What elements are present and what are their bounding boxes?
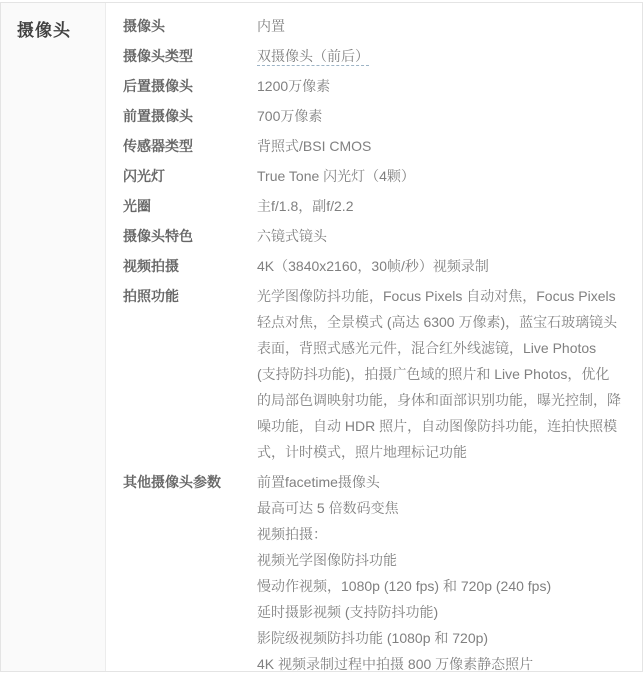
spec-row-photo-features: 拍照功能 光学图像防抖功能，Focus Pixels 自动对焦，Focus Pi… — [123, 283, 642, 465]
spec-value: 4K（3840x2160，30帧/秒）视频录制 — [257, 253, 642, 279]
spec-value: 背照式/BSI CMOS — [257, 133, 642, 159]
spec-value: 光学图像防抖功能，Focus Pixels 自动对焦，Focus Pixels … — [257, 283, 642, 465]
section-column: 摄像头 — [1, 3, 106, 671]
spec-value: 主f/1.8，副f/2.2 — [257, 193, 642, 219]
spec-value: 700万像素 — [257, 103, 642, 129]
spec-row-camera-type: 摄像头类型 双摄像头（前后） — [123, 43, 642, 69]
spec-row-rear-camera: 后置摄像头 1200万像素 — [123, 73, 642, 99]
spec-row-other-camera-params: 其他摄像头参数 前置facetime摄像头 最高可达 5 倍数码变焦 视频拍摄：… — [123, 469, 642, 671]
camera-spec-panel: 摄像头 摄像头 内置 摄像头类型 双摄像头（前后） 后置摄像头 1200万像素 … — [0, 2, 643, 672]
spec-label: 摄像头特色 — [123, 223, 257, 249]
camera-type-tooltip-term[interactable]: 双摄像头（前后） — [257, 48, 369, 66]
section-title: 摄像头 — [1, 3, 105, 41]
spec-value: 内置 — [257, 13, 642, 39]
spec-label: 前置摄像头 — [123, 103, 257, 129]
spec-table: 摄像头 内置 摄像头类型 双摄像头（前后） 后置摄像头 1200万像素 前置摄像… — [107, 3, 642, 671]
spec-label: 光圈 — [123, 193, 257, 219]
spec-label: 摄像头类型 — [123, 43, 257, 69]
spec-value: 前置facetime摄像头 最高可达 5 倍数码变焦 视频拍摄： 视频光学图像防… — [257, 469, 642, 671]
spec-value: 1200万像素 — [257, 73, 642, 99]
spec-label: 后置摄像头 — [123, 73, 257, 99]
spec-label: 摄像头 — [123, 13, 257, 39]
spec-row-flash: 闪光灯 True Tone 闪光灯（4颗） — [123, 163, 642, 189]
spec-label: 闪光灯 — [123, 163, 257, 189]
spec-row-camera: 摄像头 内置 — [123, 13, 642, 39]
spec-row-video-recording: 视频拍摄 4K（3840x2160，30帧/秒）视频录制 — [123, 253, 642, 279]
spec-label: 其他摄像头参数 — [123, 469, 257, 671]
spec-value: True Tone 闪光灯（4颗） — [257, 163, 642, 189]
spec-row-aperture: 光圈 主f/1.8，副f/2.2 — [123, 193, 642, 219]
spec-row-camera-feature: 摄像头特色 六镜式镜头 — [123, 223, 642, 249]
spec-value: 六镜式镜头 — [257, 223, 642, 249]
spec-row-sensor-type: 传感器类型 背照式/BSI CMOS — [123, 133, 642, 159]
spec-label: 传感器类型 — [123, 133, 257, 159]
spec-value: 双摄像头（前后） — [257, 43, 642, 69]
spec-label: 拍照功能 — [123, 283, 257, 465]
spec-row-front-camera: 前置摄像头 700万像素 — [123, 103, 642, 129]
spec-label: 视频拍摄 — [123, 253, 257, 279]
